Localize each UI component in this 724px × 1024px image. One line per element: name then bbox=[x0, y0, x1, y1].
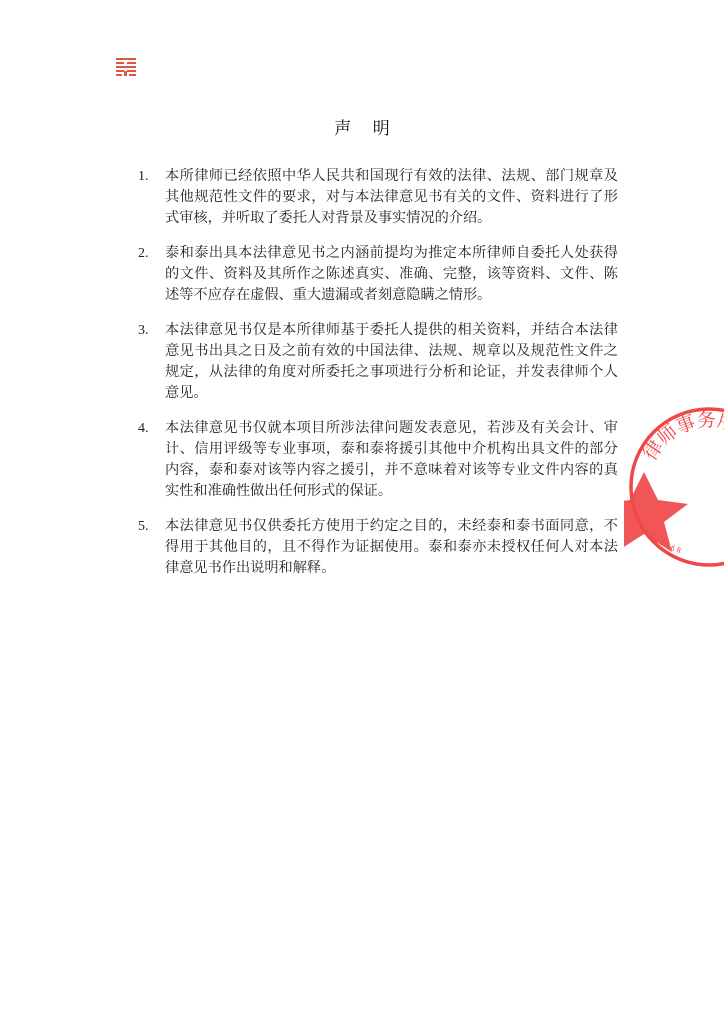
official-seal-icon: 律师事务所 017168 bbox=[624, 402, 724, 572]
document-page: 声 明 1. 本所律师已经依照中华人民共和国现行有效的法律、法规、部门规章及其他… bbox=[0, 0, 724, 1024]
list-item-number: 5. bbox=[138, 516, 149, 537]
seal-code: 017168 bbox=[648, 532, 684, 555]
list-item-text: 本法律意见书仅是本所律师基于委托人提供的相关资料，并结合本法律意见书出具之日及之… bbox=[165, 320, 618, 404]
list-item-number: 4. bbox=[138, 418, 149, 439]
list-item-number: 2. bbox=[138, 243, 149, 264]
seal-text: 律师事务所 bbox=[639, 409, 724, 464]
firm-logo-icon bbox=[116, 58, 136, 76]
list-item: 3. 本法律意见书仅是本所律师基于委托人提供的相关资料，并结合本法律意见书出具之… bbox=[138, 320, 618, 404]
page-title: 声 明 bbox=[0, 114, 724, 139]
list-item-text: 本法律意见书仅就本项目所涉法律问题发表意见，若涉及有关会计、审计、信用评级等专业… bbox=[165, 418, 618, 502]
list-item-text: 本法律意见书仅供委托方使用于约定之目的，未经泰和泰书面同意，不得用于其他目的，且… bbox=[165, 516, 618, 579]
list-item-number: 3. bbox=[138, 320, 149, 341]
svg-text:017168: 017168 bbox=[648, 532, 684, 555]
list-item: 4. 本法律意见书仅就本项目所涉法律问题发表意见，若涉及有关会计、审计、信用评级… bbox=[138, 418, 618, 502]
list-item-number: 1. bbox=[138, 166, 149, 187]
list-item: 2. 泰和泰出具本法律意见书之内涵前提均为推定本所律师自委托人处获得的文件、资料… bbox=[138, 243, 618, 306]
list-item-text: 本所律师已经依照中华人民共和国现行有效的法律、法规、部门规章及其他规范性文件的要… bbox=[165, 166, 618, 229]
list-item-text: 泰和泰出具本法律意见书之内涵前提均为推定本所律师自委托人处获得的文件、资料及其所… bbox=[165, 243, 618, 306]
list-item: 5. 本法律意见书仅供委托方使用于约定之目的，未经泰和泰书面同意，不得用于其他目… bbox=[138, 516, 618, 579]
declaration-list: 1. 本所律师已经依照中华人民共和国现行有效的法律、法规、部门规章及其他规范性文… bbox=[138, 166, 618, 593]
list-item: 1. 本所律师已经依照中华人民共和国现行有效的法律、法规、部门规章及其他规范性文… bbox=[138, 166, 618, 229]
svg-text:律师事务所: 律师事务所 bbox=[639, 409, 724, 464]
